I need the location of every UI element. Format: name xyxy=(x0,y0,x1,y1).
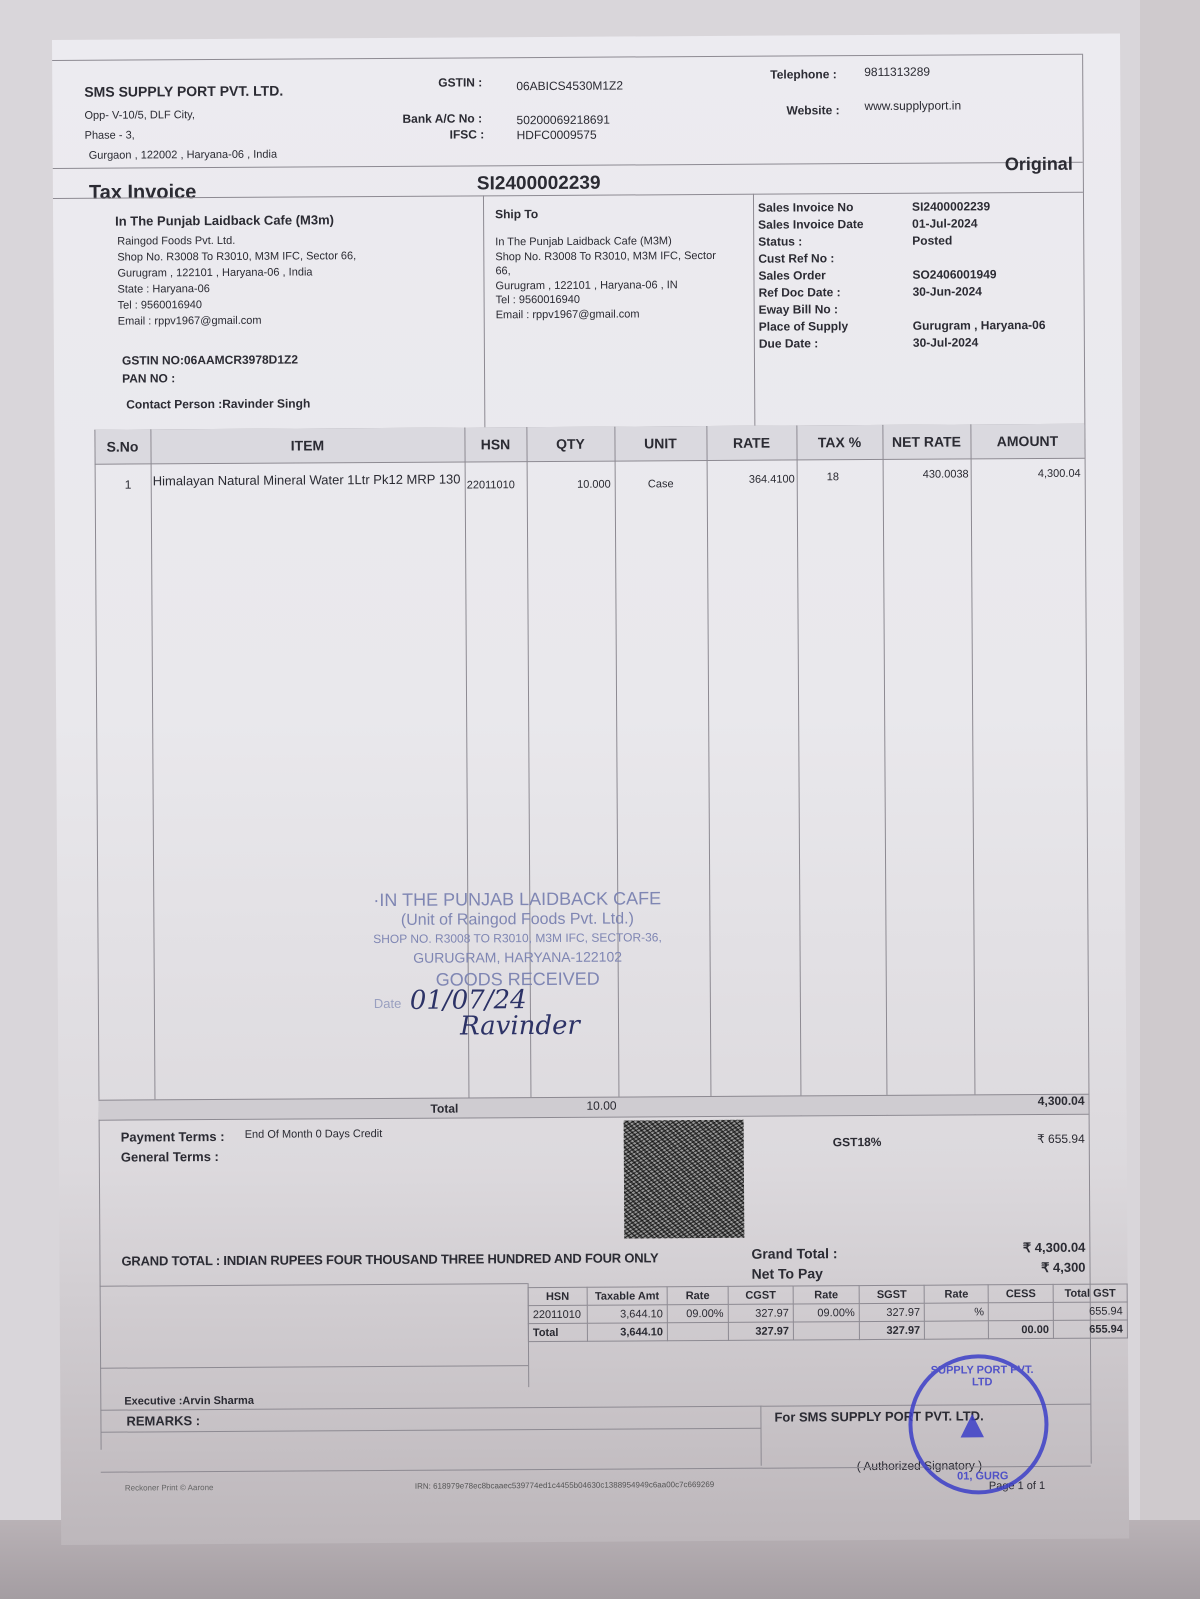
bill-to-line: Gurugram , 122101 , Haryana-06 , India xyxy=(117,264,356,281)
hsn-table-cell: 3,644.10 xyxy=(587,1305,667,1323)
payment-terms-label: Payment Terms : xyxy=(121,1129,225,1145)
meta-label: Sales Invoice No xyxy=(758,199,912,217)
meta-label: Due Date : xyxy=(759,335,913,353)
invoice-meta-row: Sales Invoice NoSI2400002239 xyxy=(758,198,1045,217)
meta-value: 30-Jul-2024 xyxy=(913,334,978,351)
seal-top-text: SUPPLY PORT PVT. LTD xyxy=(922,1364,1042,1389)
stamp-line: ·IN THE PUNJAB LAIDBACK CAFE xyxy=(347,888,687,911)
hsn-table-cell: SGST xyxy=(859,1285,924,1303)
e-invoice-qr-code xyxy=(624,1120,745,1239)
invoice-meta-row: Cust Ref No : xyxy=(758,249,1045,268)
ifsc-label: IFSC : xyxy=(450,127,485,141)
stamp-date-label: Date xyxy=(374,996,402,1011)
hsn-table-cell: Rate xyxy=(793,1286,859,1304)
invoice-meta-row: Place of SupplyGurugram , Haryana-06 xyxy=(759,317,1046,336)
row-sno: 1 xyxy=(125,478,132,492)
ifsc-value: HDFC0009575 xyxy=(517,128,597,142)
meta-label: Eway Bill No : xyxy=(759,301,913,319)
gstin-label: GSTIN : xyxy=(438,75,482,89)
row-qty: 10.000 xyxy=(527,479,611,492)
row-tax: 18 xyxy=(827,471,839,483)
ship-to-line: Email : rppv1967@gmail.com xyxy=(496,306,717,322)
row-amount: 4,300.04 xyxy=(971,468,1081,481)
row-unit: Case xyxy=(615,478,707,491)
hsn-table-cell: CESS xyxy=(988,1284,1053,1302)
total-amount: 4,300.04 xyxy=(974,1094,1084,1109)
hsn-table-cell xyxy=(793,1322,859,1340)
general-terms-label: General Terms : xyxy=(121,1149,219,1165)
grand-total-value: ₹ 4,300.04 xyxy=(959,1240,1085,1257)
irn-number: IRN: 618979e78ec8bcaaec539774ed1c4455b04… xyxy=(415,1480,714,1491)
contact-person: Contact Person :Ravinder Singh xyxy=(126,396,310,411)
col-header-tax: TAX % xyxy=(796,425,882,460)
meta-label: Cust Ref No : xyxy=(758,250,912,268)
stamp-line: SHOP NO. R3008 TO R3010, M3M IFC, SECTOR… xyxy=(327,930,707,946)
company-address-1: Opp- V-10/5, DLF City, xyxy=(84,109,195,122)
hsn-table-cell: 327.97 xyxy=(859,1321,924,1339)
background-surface xyxy=(1140,0,1200,1599)
bill-to-line: Tel : 9560016940 xyxy=(118,296,357,313)
handwritten-signature: Ravinder xyxy=(460,1011,580,1042)
total-label: Total xyxy=(430,1102,458,1116)
meta-label: Sales Order xyxy=(758,267,912,285)
grand-total-label: Grand Total : xyxy=(751,1245,837,1262)
document-title: Tax Invoice xyxy=(89,181,197,205)
hsn-table-cell: 22011010 xyxy=(528,1305,587,1323)
col-header-hsn: HSN xyxy=(464,427,526,461)
col-header-net-rate: NET RATE xyxy=(882,424,970,459)
hsn-table-cell: CGST xyxy=(728,1286,793,1304)
invoice-meta-row: Eway Bill No : xyxy=(759,300,1046,319)
col-header-sno: S.No xyxy=(94,429,150,463)
hsn-table-cell: Taxable Amt xyxy=(587,1287,667,1305)
gst-summary-value: ₹ 655.94 xyxy=(989,1132,1085,1147)
executive-name: Executive :Arvin Sharma xyxy=(124,1395,254,1408)
gstin-value: 06ABICS4530M1Z2 xyxy=(516,79,623,94)
remarks-label: REMARKS : xyxy=(126,1413,200,1428)
company-address-2: Phase - 3, xyxy=(85,129,135,141)
company-address-3: Gurgaon , 122002 , Haryana-06 , India xyxy=(89,149,277,162)
hsn-table-cell: Total GST xyxy=(1053,1284,1127,1302)
hsn-table-cell: 00.00 xyxy=(989,1320,1054,1338)
meta-label: Sales Invoice Date xyxy=(758,216,912,234)
meta-value: 01-Jul-2024 xyxy=(912,215,977,232)
copy-type: Original xyxy=(1005,154,1073,175)
bill-to-line: Shop No. R3008 To R3010, M3M IFC, Sector… xyxy=(117,248,356,265)
telephone-value: 9811313289 xyxy=(864,65,930,79)
row-net-rate: 430.0038 xyxy=(883,468,969,481)
invoice-meta-row: Due Date :30-Jul-2024 xyxy=(759,334,1046,353)
hsn-table-cell xyxy=(925,1321,989,1339)
invoice-meta-row: Sales Invoice Date01-Jul-2024 xyxy=(758,215,1045,234)
hsn-table-cell: % xyxy=(924,1303,988,1321)
bill-to-name: In The Punjab Laidback Cafe (M3m) xyxy=(115,212,334,228)
seal-bottom-text: 01, GURG xyxy=(923,1470,1043,1483)
meta-value: SO2406001949 xyxy=(912,266,996,284)
company-name: SMS SUPPLY PORT PVT. LTD. xyxy=(84,83,283,100)
seal-emblem-icon: ▲ xyxy=(952,1402,992,1447)
col-header-item: ITEM xyxy=(150,427,464,463)
meta-value: SI2400002239 xyxy=(912,198,990,215)
hsn-table-cell: Rate xyxy=(667,1286,728,1304)
bill-to-gstin: GSTIN NO:06AAMCR3978D1Z2 xyxy=(122,353,298,368)
col-header-amount: AMOUNT xyxy=(970,424,1084,459)
hsn-table-cell: 655.94 xyxy=(1053,1302,1127,1320)
hsn-table-cell: 327.97 xyxy=(859,1303,924,1321)
bank-value: 50200069218691 xyxy=(516,113,610,128)
col-header-qty: QTY xyxy=(526,427,614,462)
telephone-label: Telephone : xyxy=(770,67,837,81)
col-header-unit: UNIT xyxy=(614,426,706,461)
net-to-pay-value: ₹ 4,300 xyxy=(959,1260,1085,1277)
meta-value: 30-Jun-2024 xyxy=(913,283,982,300)
hsn-table-cell: 3,644.10 xyxy=(587,1323,667,1341)
hsn-table-cell: 327.97 xyxy=(728,1304,793,1322)
hsn-table-cell: 655.94 xyxy=(1053,1320,1127,1338)
invoice-number: SI2400002239 xyxy=(477,173,601,196)
ship-to-address: In The Punjab Laidback Cafe (M3M) Shop N… xyxy=(495,234,716,322)
gst-summary-label: GST18% xyxy=(833,1135,882,1149)
ship-to-line: Shop No. R3008 To R3010, M3M IFC, Sector xyxy=(495,248,716,264)
bill-to-pan: PAN NO : xyxy=(122,371,175,385)
meta-label: Place of Supply xyxy=(759,318,913,336)
website-link[interactable]: www.supplyport.in xyxy=(864,98,961,113)
hsn-table-cell: 09.00% xyxy=(667,1304,728,1322)
ship-to-line: Gurugram , 122101 , Haryana-06 , IN xyxy=(495,277,716,293)
stamp-line: (Unit of Raingod Foods Pvt. Ltd.) xyxy=(347,910,687,930)
ship-to-line: 66, xyxy=(495,263,716,279)
stamp-line: GURUGRAM, HARYANA-122102 xyxy=(348,948,688,966)
invoice-paper: SMS SUPPLY PORT PVT. LTD. Opp- V-10/5, D… xyxy=(52,33,1129,1544)
ship-to-line: In The Punjab Laidback Cafe (M3M) xyxy=(495,234,716,250)
meta-value: Gurugram , Haryana-06 xyxy=(913,317,1046,335)
grand-total-words: GRAND TOTAL : INDIAN RUPEES FOUR THOUSAN… xyxy=(121,1250,658,1268)
total-qty: 10.00 xyxy=(530,1099,616,1114)
bill-to-line: Raingod Foods Pvt. Ltd. xyxy=(117,232,356,249)
meta-label: Ref Doc Date : xyxy=(759,284,913,302)
invoice-meta-row: Ref Doc Date :30-Jun-2024 xyxy=(759,283,1046,302)
hsn-table-cell: HSN xyxy=(528,1287,587,1305)
meta-label: Status : xyxy=(758,233,912,251)
row-item: Himalayan Natural Mineral Water 1Ltr Pk1… xyxy=(153,471,465,488)
col-header-rate: RATE xyxy=(706,425,796,460)
website-label: Website : xyxy=(786,103,839,117)
goods-received-stamp: ·IN THE PUNJAB LAIDBACK CAFE (Unit of Ra… xyxy=(347,888,687,890)
hsn-table-cell: Rate xyxy=(924,1285,988,1303)
bill-to-address: Raingod Foods Pvt. Ltd. Shop No. R3008 T… xyxy=(117,232,356,329)
print-credit: Reckoner Print © Aarone xyxy=(125,1483,214,1493)
invoice-meta: Sales Invoice NoSI2400002239Sales Invoic… xyxy=(758,198,1046,353)
meta-value: Posted xyxy=(912,233,952,250)
ship-to-line: Tel : 9560016940 xyxy=(496,292,717,308)
payment-terms-value: End Of Month 0 Days Credit xyxy=(245,1128,383,1141)
hsn-table-cell: 09.00% xyxy=(793,1304,859,1322)
hsn-table-cell: Total xyxy=(528,1323,587,1341)
hsn-table-cell xyxy=(667,1322,728,1340)
hsn-table-cell xyxy=(988,1302,1053,1320)
row-hsn: 22011010 xyxy=(467,479,515,491)
invoice-meta-row: Sales OrderSO2406001949 xyxy=(758,266,1045,285)
bill-to-line: Email : rppv1967@gmail.com xyxy=(118,312,357,329)
net-to-pay-label: Net To Pay xyxy=(752,1265,823,1281)
ship-to-heading: Ship To xyxy=(495,207,538,221)
bill-to-line: State : Haryana-06 xyxy=(117,280,356,297)
company-seal: SUPPLY PORT PVT. LTD ▲ 01, GURG xyxy=(908,1354,1049,1495)
row-rate: 364.4100 xyxy=(707,473,795,486)
bank-label: Bank A/C No : xyxy=(402,111,482,125)
invoice-meta-row: Status :Posted xyxy=(758,232,1045,251)
hsn-tax-table: HSNTaxable AmtRateCGSTRateSGSTRateCESSTo… xyxy=(528,1283,1128,1342)
hsn-table-cell: 327.97 xyxy=(728,1322,793,1340)
